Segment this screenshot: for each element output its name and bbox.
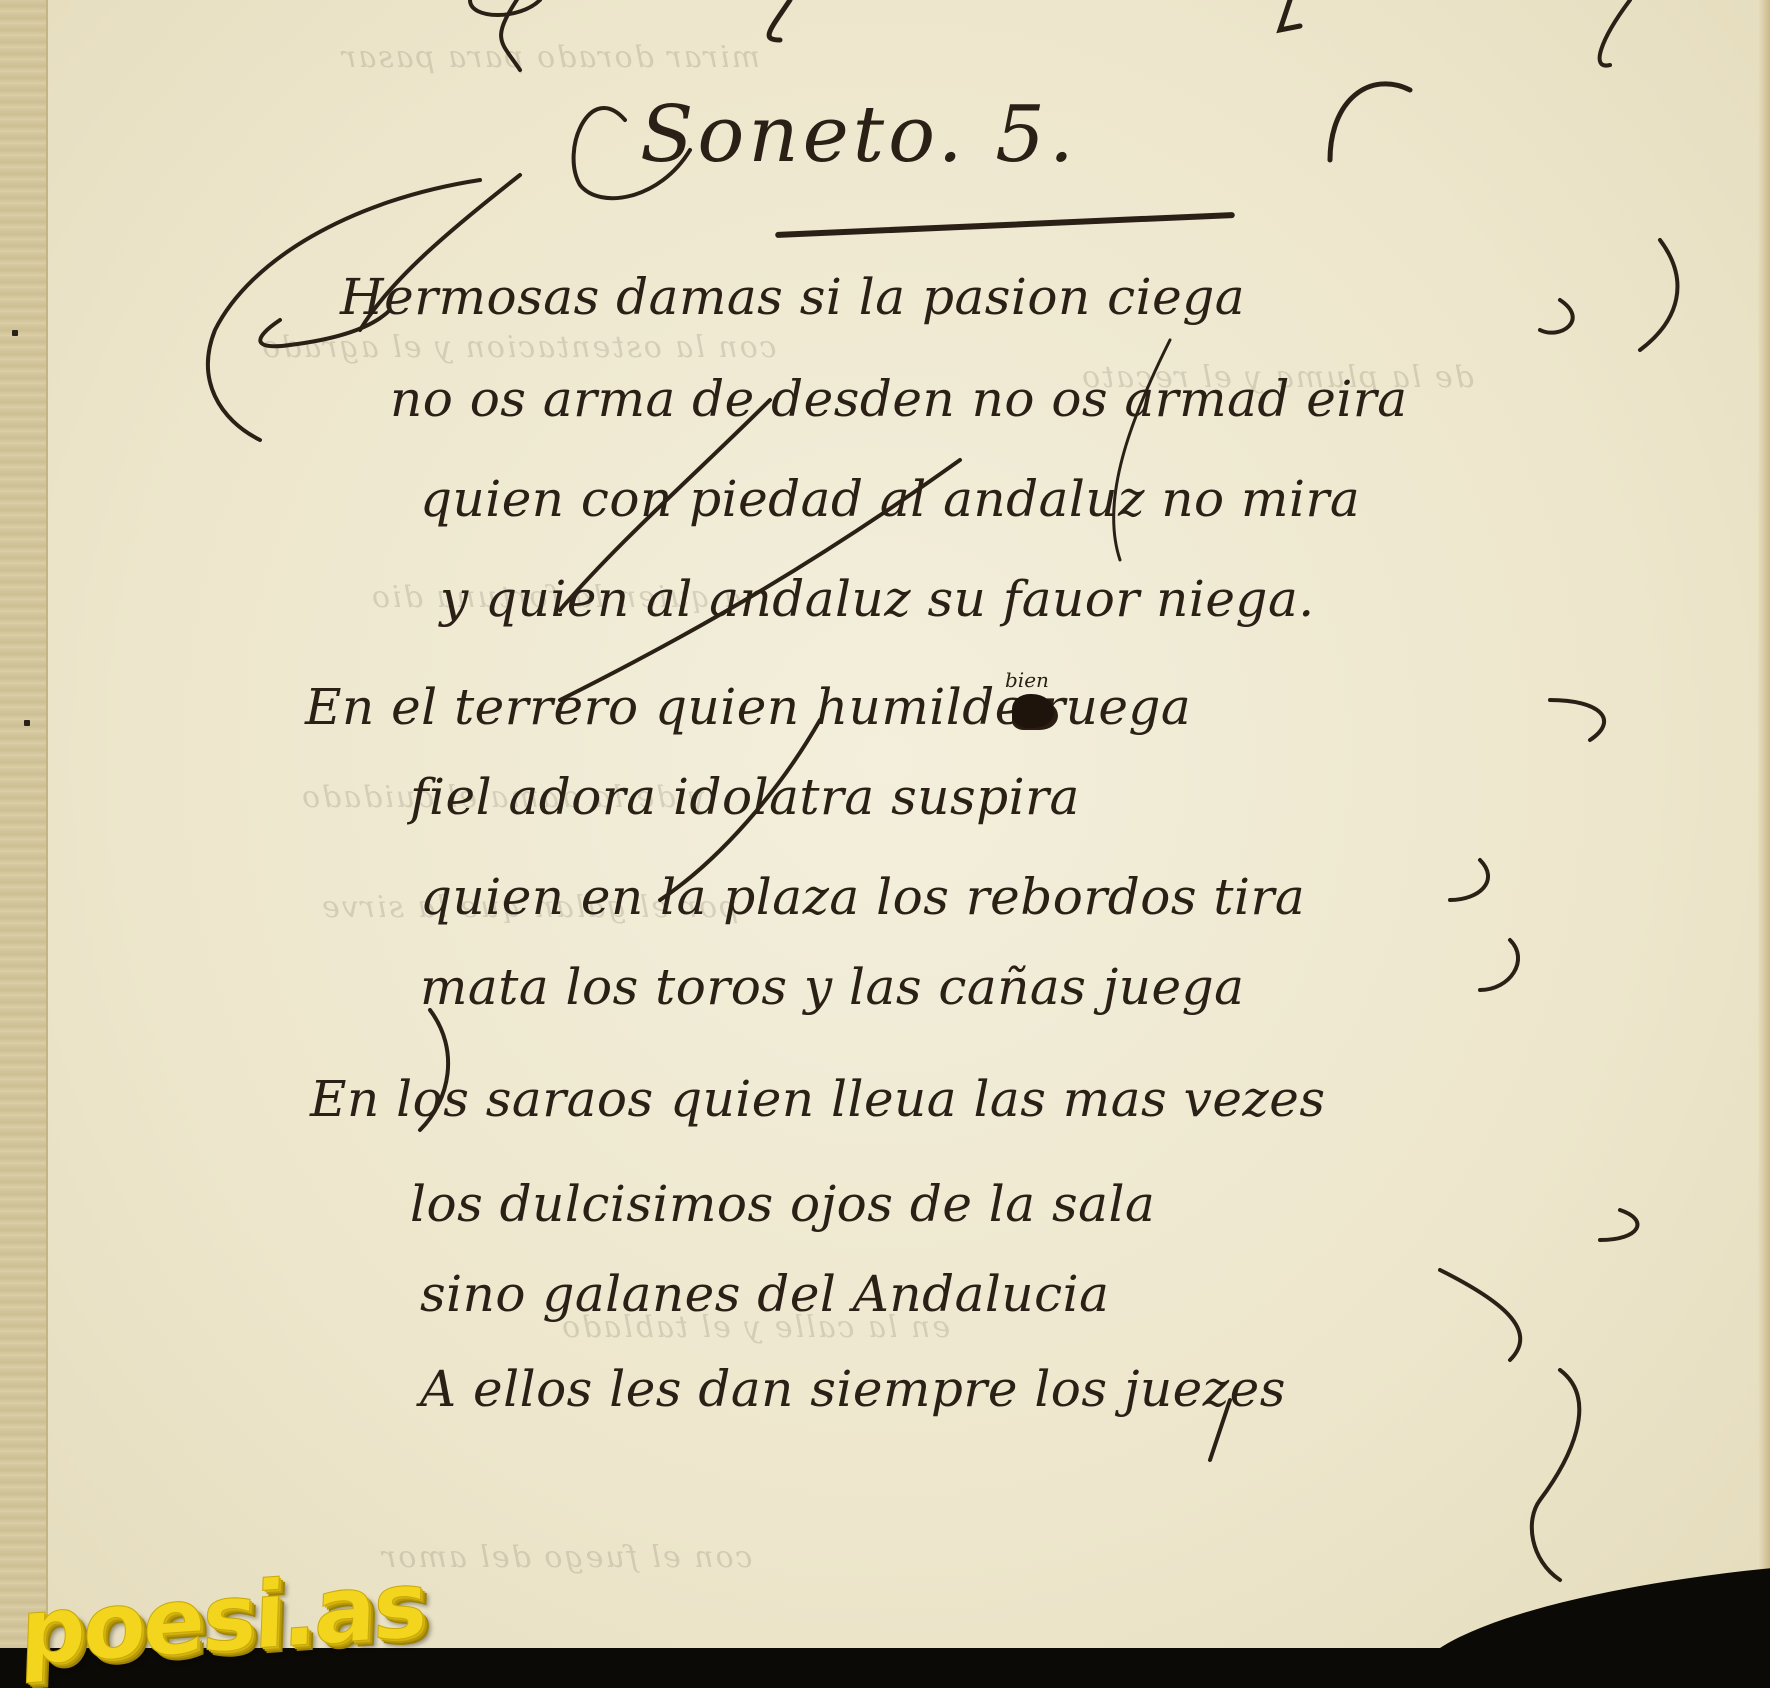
ink-blot — [1012, 694, 1054, 728]
verse-line-4: y quien al andaluz su fauor niega. — [440, 570, 1315, 628]
book-binding-edge — [0, 0, 48, 1688]
verse-line-3: quien con piedad al andaluz no mira — [420, 470, 1360, 528]
binding-stitch-mark — [24, 720, 30, 726]
verse-line-7: quien en la plaza los rebordos tira — [420, 868, 1305, 926]
manuscript-page: mirar dorado para pasar con la ostentaci… — [0, 0, 1770, 1688]
verse-line-8: mata los toros y las cañas juega — [420, 958, 1244, 1016]
verse-line-5: En el terrero quien humilde ruega — [305, 678, 1191, 736]
verse-line-10: los dulcisimos ojos de la sala — [410, 1175, 1155, 1233]
show-through-text: con el fuego del amor — [380, 1540, 752, 1575]
interlinear-note: bien — [1005, 668, 1049, 692]
pen-flourishes — [0, 0, 1770, 1688]
verse-line-11: sino galanes del Andalucia — [420, 1265, 1109, 1323]
sonnet-title: Soneto. 5. — [640, 90, 1078, 180]
verse-line-6: fiel adora idolatra suspira — [410, 768, 1080, 826]
show-through-text: mirar dorado para pasar — [340, 40, 760, 75]
verse-line-12: A ellos les dan siempre los juezes — [420, 1360, 1286, 1418]
verse-line-1: Hermosas damas si la pasion ciega — [340, 268, 1245, 326]
show-through-text: con la ostentacion y el agrado — [260, 330, 777, 365]
binding-stitch-mark — [12, 330, 18, 336]
page-right-edge — [1758, 0, 1770, 1610]
title-underline — [775, 212, 1235, 238]
verse-line-2: no os arma de desden no os armad eira — [390, 370, 1408, 428]
verse-line-9: En los saraos quien lleua las mas vezes — [310, 1070, 1326, 1128]
